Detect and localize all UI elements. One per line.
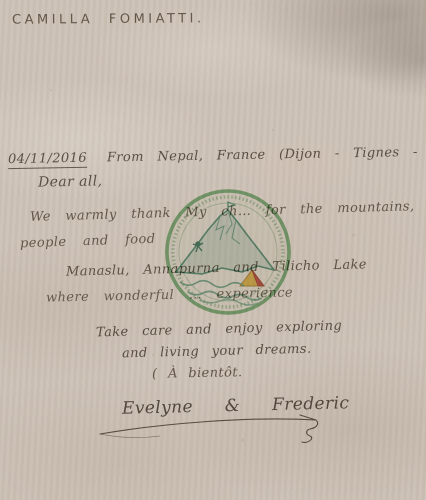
- note-date: 04/11/2016: [8, 151, 87, 169]
- green-mountain-trek-stamp: [162, 186, 294, 318]
- recipient-name: CAMILLA FOMIATTI.: [12, 11, 205, 27]
- closing-line-3: ( À bientôt.: [152, 365, 243, 382]
- closing-line-2: and living your dreams.: [122, 342, 312, 362]
- signature-flourish: [98, 412, 338, 452]
- salutation: Dear all,: [38, 173, 103, 190]
- closing-line-1: Take care and enjoy exploring: [96, 319, 342, 341]
- note-origin: From Nepal, France (Dijon - Tignes - Als…: [107, 144, 426, 167]
- handmade-paper-note: CAMILLA FOMIATTI. 04/11/2016 From Nepal,…: [0, 0, 426, 500]
- body-line-2: people and food: [20, 232, 156, 252]
- date-origin-line: 04/11/2016 From Nepal, France (Dijon - T…: [8, 144, 426, 169]
